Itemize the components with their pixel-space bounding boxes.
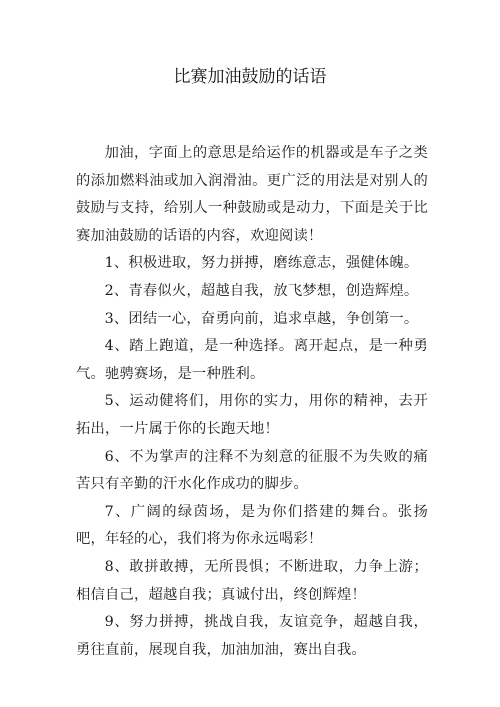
list-item: 5、运动健将们，用你的实力，用你的精神，去开拓出，一片属于你的长跑天地！: [76, 388, 428, 443]
list-item: 8、敢拼敢搏，无所畏惧；不断进取，力争上游；相信自己，超越自我；真诚付出，终创辉…: [76, 554, 428, 609]
list-item: 4、踏上跑道，是一种选择。离开起点，是一种勇气。驰骋赛场，是一种胜利。: [76, 333, 428, 388]
list-item: 3、团结一心，奋勇向前，追求卓越，争创第一。: [76, 306, 428, 334]
list-item: 9、努力拼搏，挑战自我，友谊竞争，超越自我，勇往直前，展现自我，加油加油，赛出自…: [76, 609, 428, 664]
list-item: 2、青春似火，超越自我，放飞梦想，创造辉煌。: [76, 278, 428, 306]
list-item: 6、不为掌声的注释不为刻意的征服不为失败的痛苦只有辛勤的汗水化作成功的脚步。: [76, 444, 428, 499]
document-title: 比赛加油鼓励的话语: [0, 62, 500, 87]
intro-paragraph: 加油，字面上的意思是给运作的机器或是车子之类的添加燃料油或加入润滑油。更广泛的用…: [76, 140, 428, 250]
document-body: 加油，字面上的意思是给运作的机器或是车子之类的添加燃料油或加入润滑油。更广泛的用…: [76, 140, 428, 664]
list-item: 7、广阔的绿茵场，是为你们搭建的舞台。张扬吧，年轻的心，我们将为你永远喝彩！: [76, 499, 428, 554]
list-item: 1、积极进取，努力拼搏，磨练意志，强健体魄。: [76, 250, 428, 278]
